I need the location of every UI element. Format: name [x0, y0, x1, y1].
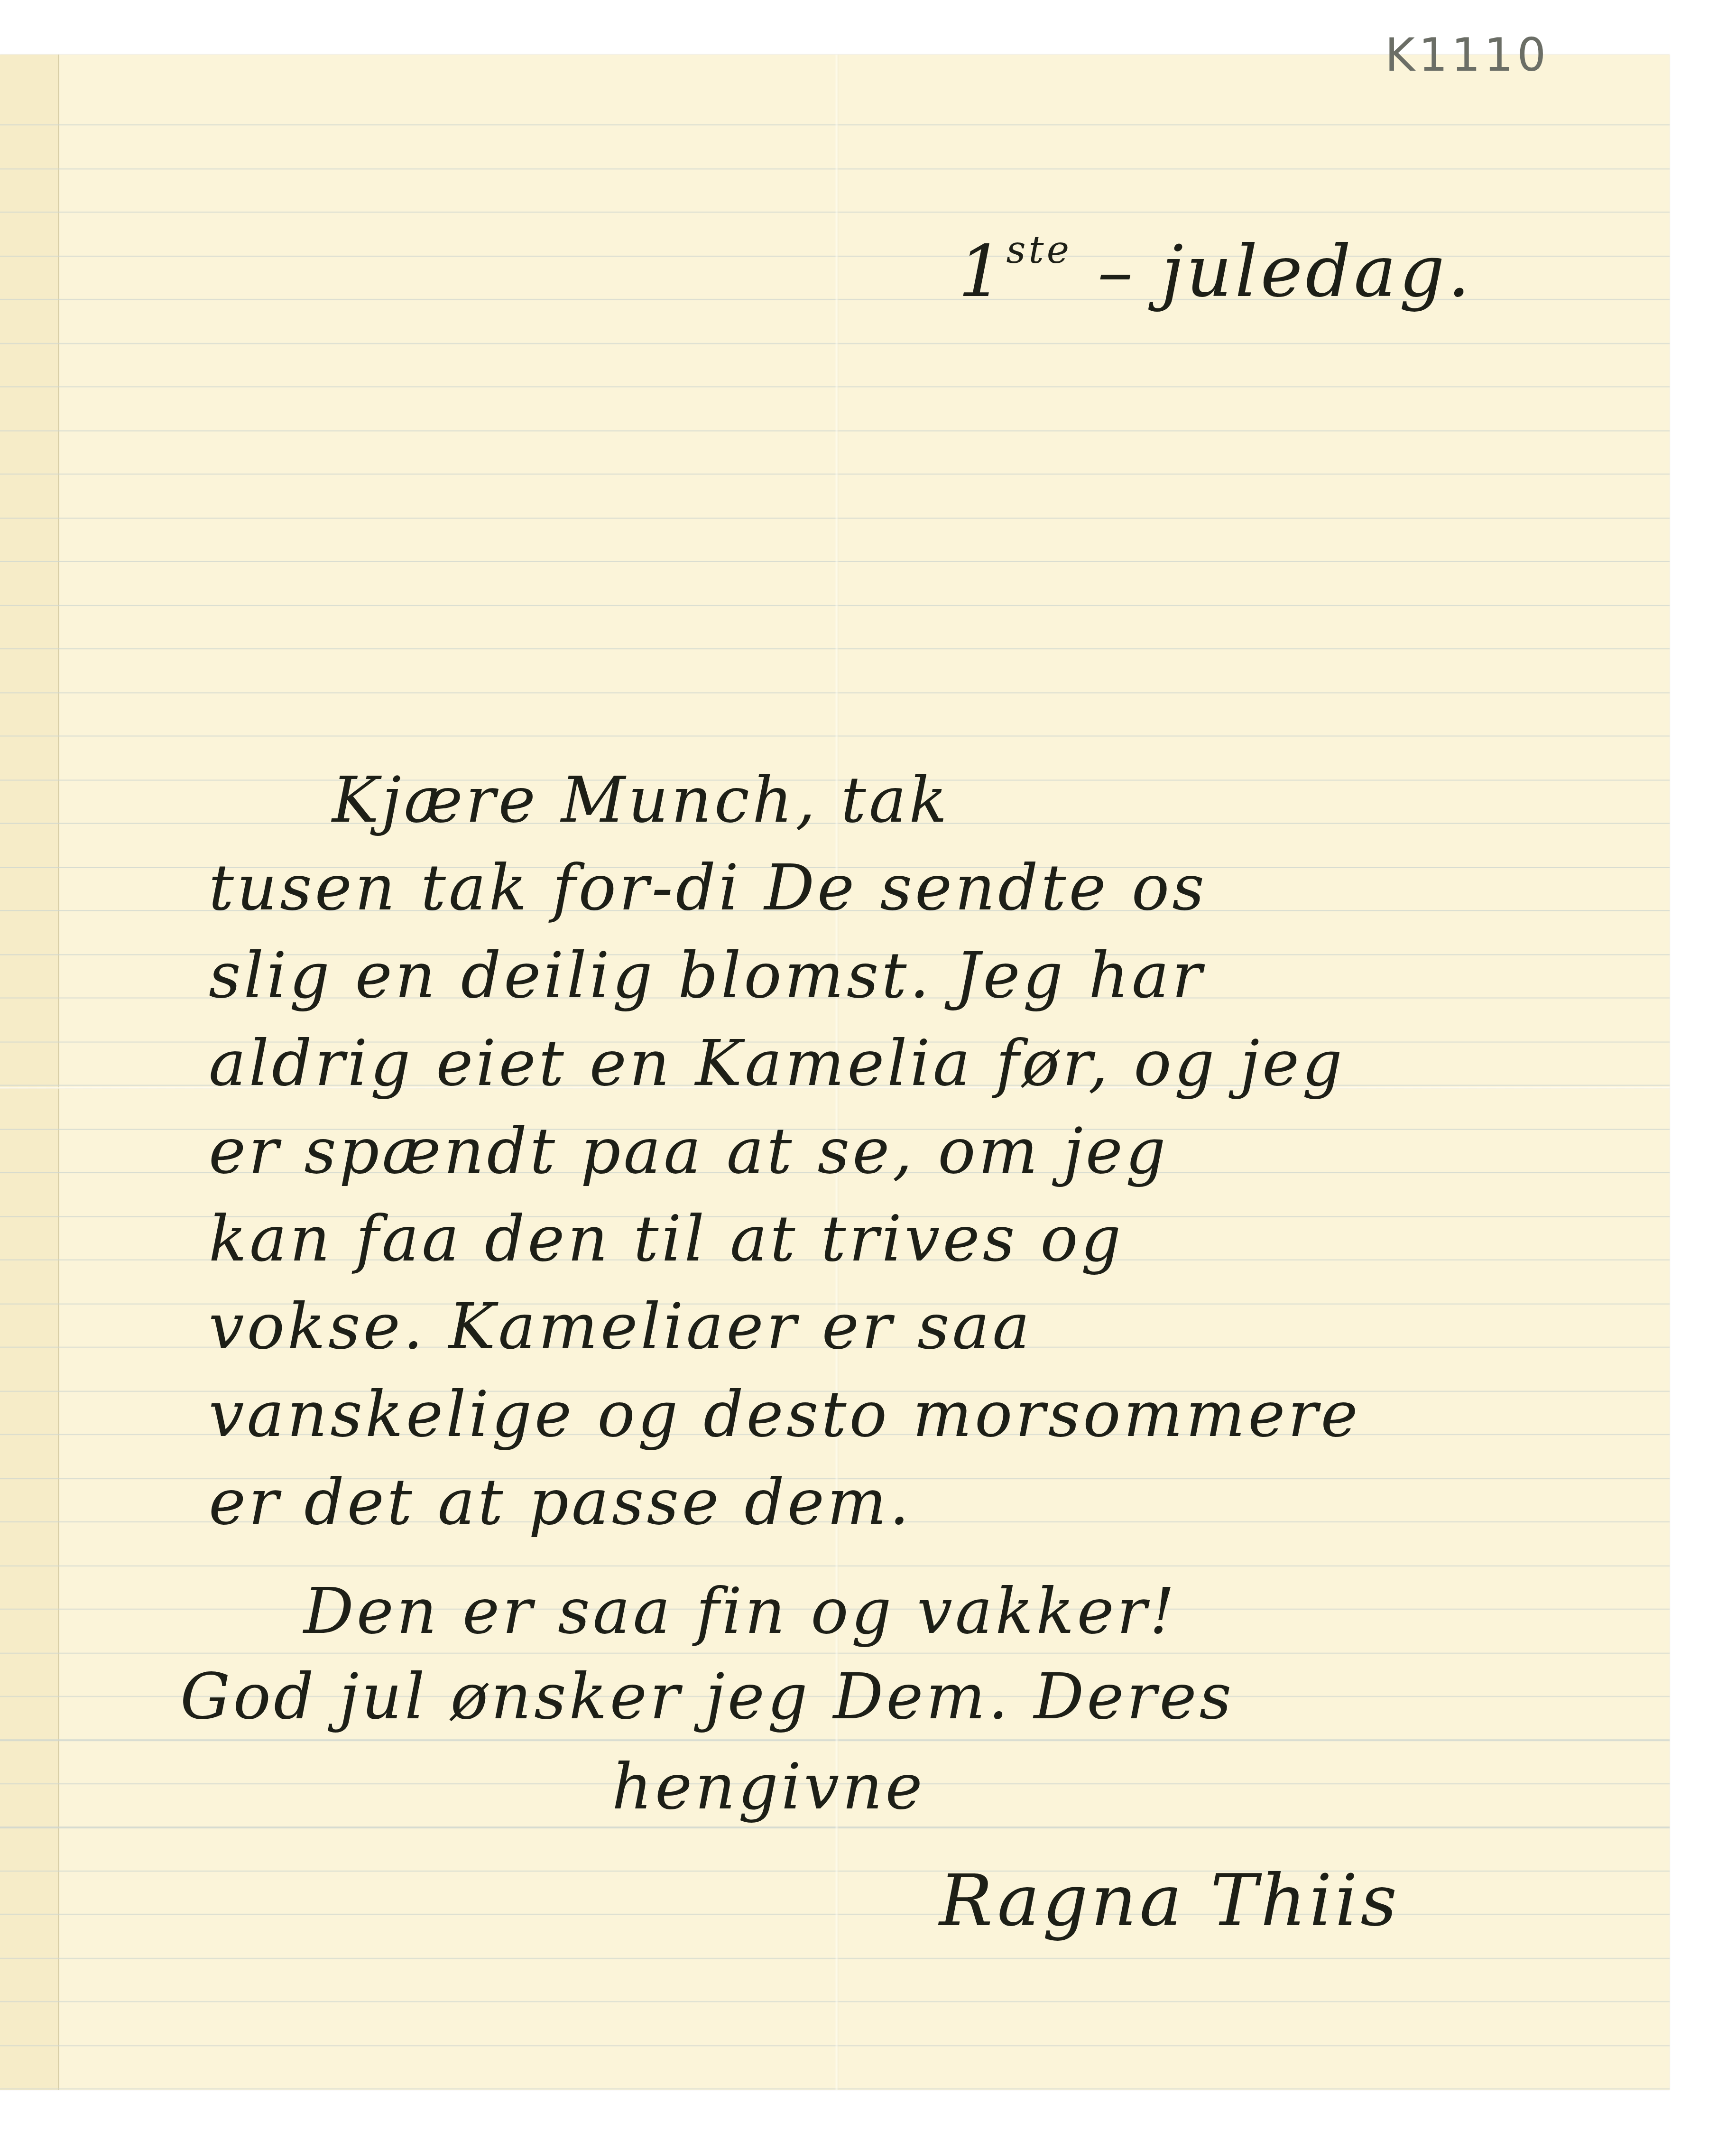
closing-line-2: hengivne	[612, 1751, 925, 1824]
body-line-7: vokse. Kameliaer er saa	[209, 1290, 1033, 1363]
body-line-4: aldrig eiet en Kamelia før, og jeg	[209, 1027, 1345, 1100]
body-line-5: er spændt paa at se, om jeg	[209, 1115, 1168, 1188]
body-line-9: er det at passe dem.	[209, 1466, 912, 1539]
body-line-6: kan faa den til at trives og	[209, 1203, 1124, 1276]
body-line-8: vanskelige og desto morsommere	[209, 1378, 1361, 1451]
body-line-3: slig en deilig blomst. Jeg har	[209, 939, 1205, 1012]
date-separator: –	[1098, 231, 1136, 313]
body-line-2: tusen tak for-di De sendte os	[209, 852, 1207, 925]
body-line-1: Kjære Munch, tak	[332, 764, 950, 837]
signature: Ragna Thiis	[939, 1860, 1400, 1942]
date-ordinal: 1	[958, 231, 1006, 313]
letter-date: 1ste – juledag.	[958, 228, 1473, 313]
archive-mark: K1110	[1385, 28, 1550, 82]
closing-line-1: God jul ønsker jeg Dem. Deres	[180, 1660, 1234, 1733]
body-line-10: Den er saa fin og vakker!	[304, 1575, 1178, 1648]
date-text: juledag.	[1161, 231, 1473, 313]
date-ordinal-suffix: ste	[1006, 228, 1072, 272]
